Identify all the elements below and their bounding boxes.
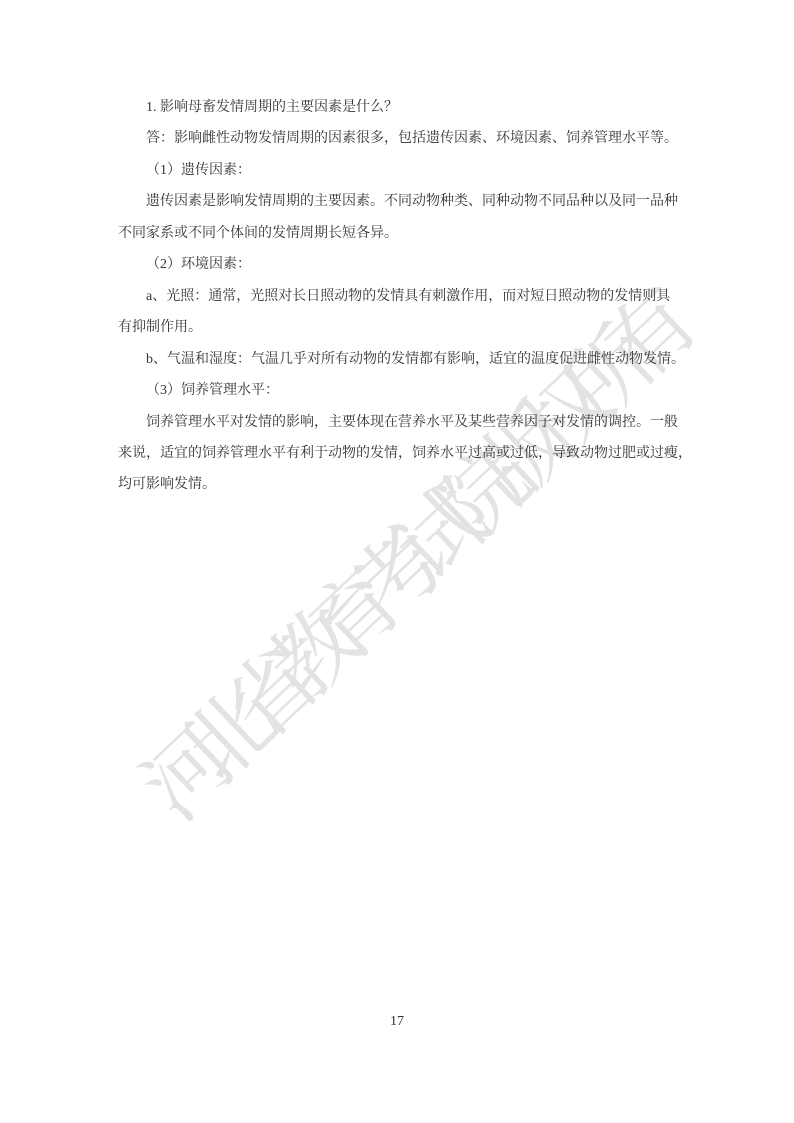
text-line: 1. 影响母畜发情周期的主要因素是什么？ xyxy=(118,92,680,123)
text-line: 不同家系或不同个体间的发情周期长短各异。 xyxy=(118,218,680,249)
text-line: （1）遗传因素： xyxy=(118,155,680,186)
page-number: 17 xyxy=(0,1012,794,1032)
text-line: （3）饲养管理水平： xyxy=(118,375,680,406)
text-line: 来说，适宜的饲养管理水平有利于动物的发情，饲养水平过高或过低，导致动物过肥或过瘦… xyxy=(118,438,680,469)
text-line: 答：影响雌性动物发情周期的因素很多，包括遗传因素、环境因素、饲养管理水平等。 xyxy=(118,123,680,154)
text-line: b、气温和湿度：气温几乎对所有动物的发情都有影响，适宜的温度促进雌性动物发情。 xyxy=(118,344,680,375)
text-line: 有抑制作用。 xyxy=(118,312,680,343)
document-lines: 1. 影响母畜发情周期的主要因素是什么？答：影响雌性动物发情周期的因素很多，包括… xyxy=(118,92,680,501)
text-line: （2）环境因素： xyxy=(118,249,680,280)
text-line: 饲养管理水平对发情的影响，主要体现在营养水平及某些营养因子对发情的调控。一般 xyxy=(118,407,680,438)
text-line: a、光照：通常，光照对长日照动物的发情具有刺激作用，而对短日照动物的发情则具 xyxy=(118,281,680,312)
text-line: 均可影响发情。 xyxy=(118,469,680,500)
text-line: 遗传因素是影响发情周期的主要因素。不同动物种类、同种动物不同品种以及同一品种 xyxy=(118,186,680,217)
document-page: 河北省教育考试院版权所有 1. 影响母畜发情周期的主要因素是什么？答：影响雌性动… xyxy=(0,0,794,1123)
